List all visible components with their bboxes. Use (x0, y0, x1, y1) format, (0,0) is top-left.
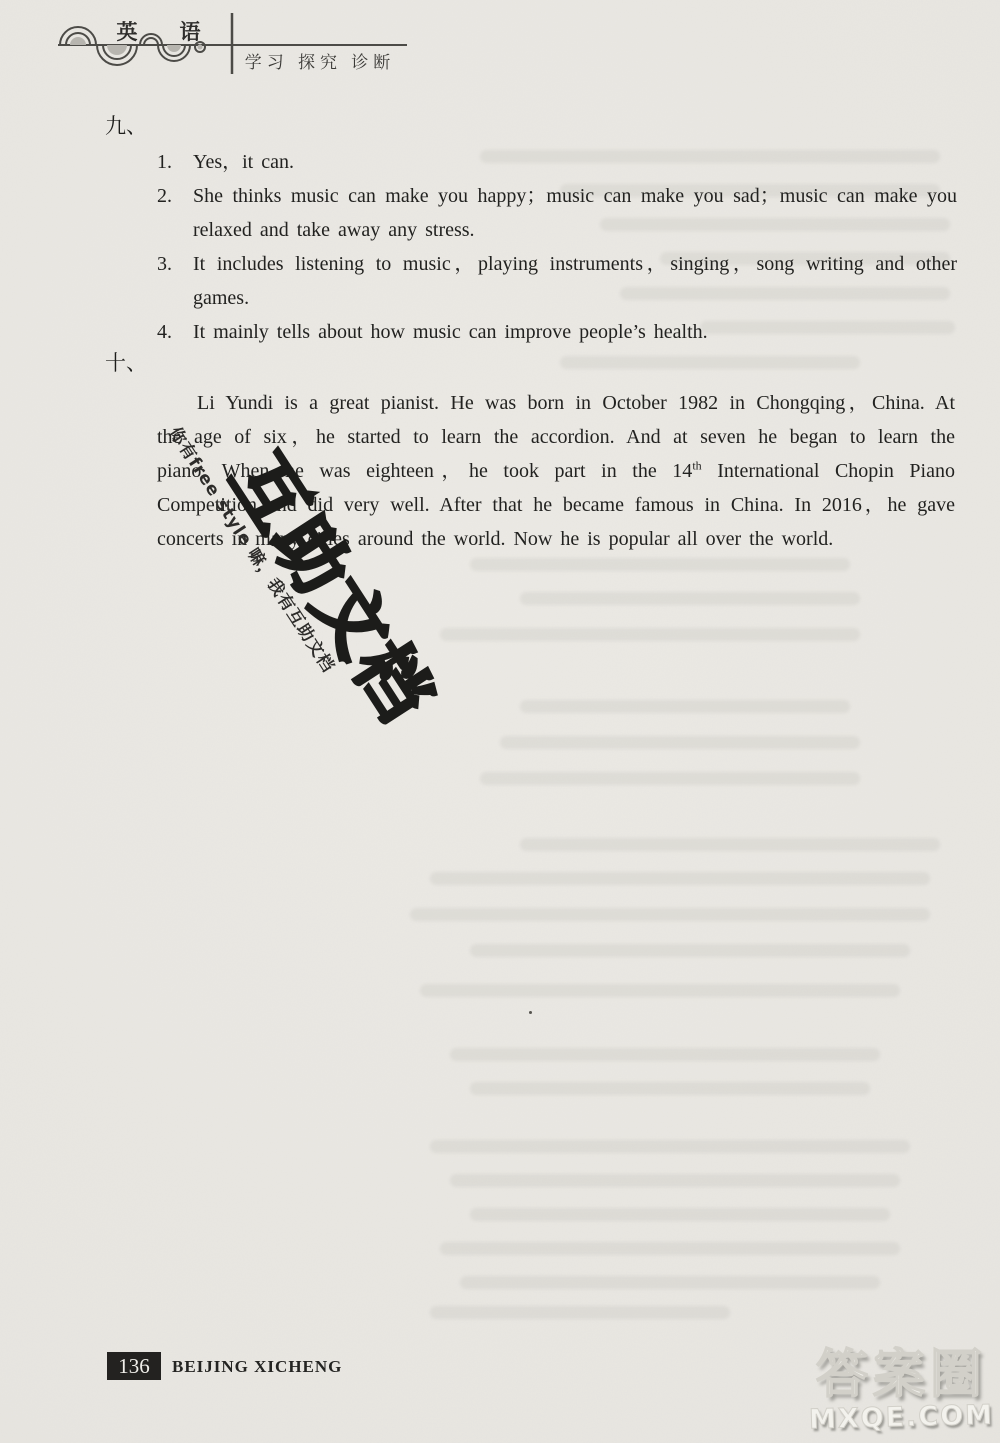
passage-line-text: International Chopin Piano (702, 460, 955, 482)
ordinal-superscript: th (692, 458, 701, 472)
passage-line: piano. When he was eighteen，he took part… (157, 454, 955, 488)
answer-item-2: 2. She thinks music can make you happy；m… (157, 179, 957, 247)
answer-number: 3. (157, 247, 193, 315)
passage-line: Competition and did very well. After tha… (157, 488, 955, 522)
header-tagline: 学习 探究 诊断 (245, 52, 396, 72)
answer-number: 4. (157, 315, 193, 349)
answer-number: 2. (157, 179, 193, 247)
answer-text-line: relaxed and take away any stress. (193, 213, 957, 247)
stray-ink-dot (529, 1011, 532, 1014)
answer-number: 1. (157, 145, 193, 179)
passage-line-text: piano. When he was eighteen，he took part… (157, 460, 692, 482)
section-ten-label: 十、 (105, 349, 147, 377)
logo-subject-char-2: 语 (180, 20, 201, 44)
section-nine-label: 九、 (105, 112, 147, 140)
passage-line: Li Yundi is a great pianist. He was born… (157, 386, 955, 420)
answer-text-line: It mainly tells about how music can impr… (193, 315, 957, 349)
answer-text-line: It includes listening to music，playing i… (193, 247, 957, 281)
section-nine-answers: 1. Yes，it can. 2. She thinks music can m… (157, 145, 957, 349)
passage-li-yundi: Li Yundi is a great pianist. He was born… (157, 386, 955, 556)
answer-text-line: Yes，it can. (193, 145, 957, 179)
page-number-badge: 136 (107, 1352, 161, 1380)
passage-line: the age of six，he started to learn the a… (157, 420, 955, 454)
passage-line: concerts in many cities around the world… (157, 522, 955, 556)
scanned-workbook-page: 英 语 学习 探究 诊断 九、 1. Yes，it can. 2. She th… (0, 0, 1000, 1443)
watermark-brand: 答案圈 (809, 1347, 994, 1403)
publisher-name: BEIJING XICHENG (172, 1357, 342, 1377)
answer-text-line: games. (193, 281, 957, 315)
brand-header: 英 语 学习 探究 诊断 (50, 8, 430, 88)
answer-item-4: 4. It mainly tells about how music can i… (157, 315, 957, 349)
answer-item-3: 3. It includes listening to music，playin… (157, 247, 957, 315)
logo-subject-char-1: 英 (117, 20, 138, 44)
site-watermark: 答案圈 MXQE.COM (809, 1347, 994, 1433)
answer-text-line: She thinks music can make you happy；musi… (193, 179, 957, 213)
watermark-site: MXQE.COM (809, 1401, 995, 1436)
answer-item-1: 1. Yes，it can. (157, 145, 957, 179)
